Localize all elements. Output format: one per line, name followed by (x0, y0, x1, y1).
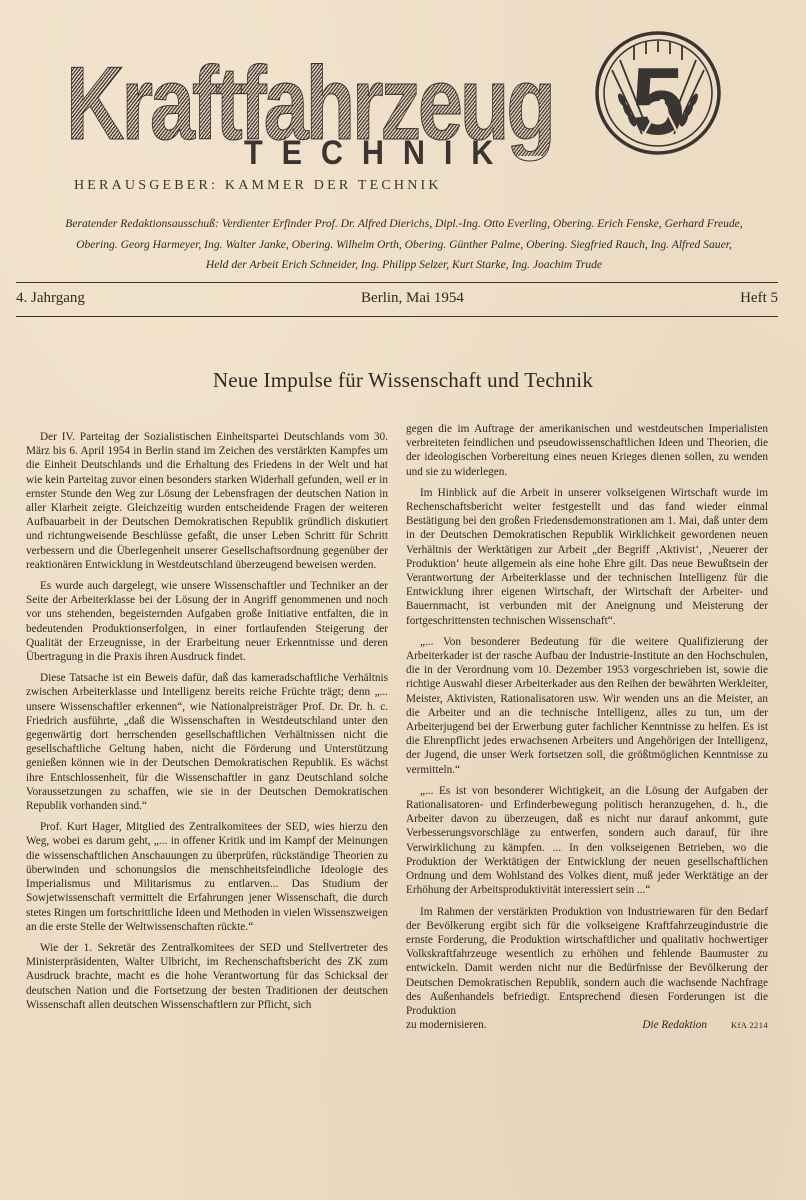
paragraph: Im Hinblick auf die Arbeit in unserer vo… (406, 486, 768, 628)
paragraph: Der IV. Parteitag der Sozialistischen Ei… (26, 430, 388, 572)
editorial-board-line: Obering. Georg Harmeyer, Ing. Walter Jan… (14, 235, 794, 256)
paragraph: „... Es ist von besonderer Wichtigkeit, … (406, 784, 768, 898)
emblem-five-year-plan-icon: 5 (594, 30, 722, 156)
paragraph: Es wurde auch dargelegt, wie unsere Wiss… (26, 579, 388, 664)
divider-bottom (16, 316, 778, 317)
signature-line: zu modernisieren. Die Redaktion KfA 2214 (406, 1018, 768, 1032)
place-date-label: Berlin, Mai 1954 (361, 290, 464, 307)
editorial-board: Beratender Redaktionsausschuß: Verdiente… (14, 214, 794, 276)
magazine-page: Kraftfahrzeug TECHNIK 5 (0, 0, 806, 1200)
article-column-right: gegen die im Auftrage der amerikanischen… (406, 422, 768, 1032)
paragraph: Diese Tatsache ist ein Beweis dafür, daß… (26, 671, 388, 813)
issue-number-label: Heft 5 (740, 290, 778, 307)
paragraph: „... Von besonderer Bedeutung für die we… (406, 635, 768, 777)
article-title: Neue Impulse für Wissenschaft und Techni… (0, 368, 806, 393)
volume-label: 4. Jahrgang (16, 290, 85, 307)
masthead-title-sub: TECHNIK (244, 136, 512, 170)
paragraph: Prof. Kurt Hager, Mitglied des Zentralko… (26, 820, 388, 934)
paragraph: Im Rahmen der verstärkten Produktion von… (406, 905, 768, 1019)
closing-text: zu modernisieren. (406, 1018, 487, 1032)
article-code: KfA 2214 (731, 1018, 768, 1032)
editorial-board-line: Beratender Redaktionsausschuß: Verdiente… (14, 214, 794, 235)
issue-info-bar: 4. Jahrgang Berlin, Mai 1954 Heft 5 (16, 290, 778, 307)
masthead-logo: Kraftfahrzeug TECHNIK (66, 52, 536, 162)
svg-text:5: 5 (631, 48, 684, 155)
editorial-board-line: Held der Arbeit Erich Schneider, Ing. Ph… (14, 255, 794, 276)
article-column-left: Der IV. Parteitag der Sozialistischen Ei… (26, 430, 388, 1019)
publisher-line: HERAUSGEBER: KAMMER DER TECHNIK (74, 178, 442, 194)
signature: Die Redaktion (642, 1018, 707, 1032)
paragraph: Wie der 1. Sekretär des Zentralkomitees … (26, 941, 388, 1012)
divider-top (16, 282, 778, 283)
paragraph: gegen die im Auftrage der amerikanischen… (406, 422, 768, 479)
